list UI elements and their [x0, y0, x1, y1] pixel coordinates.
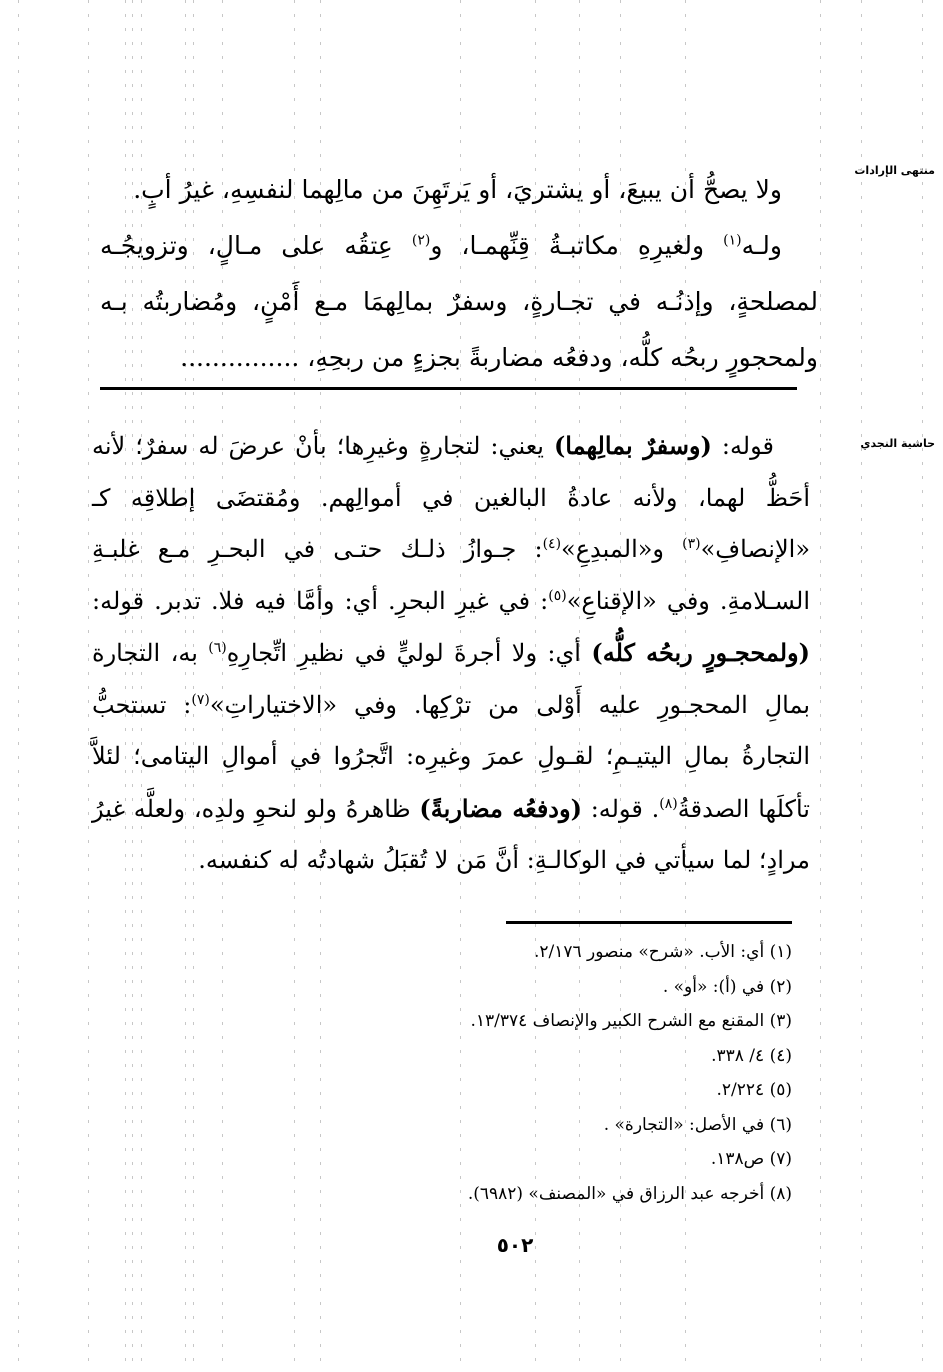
main-text-divider [100, 387, 797, 390]
footnote-6: (٦) في الأصل: «التجارة» . [300, 1108, 792, 1143]
quoted-lemma: (وسفرٌ بمالِهما) [554, 431, 712, 460]
footnote-ref-7[interactable]: (٧) [191, 692, 209, 708]
commentary-text: : في غيرِ البحرِ. أي: وأمَّا فيه فلا. تد… [92, 587, 548, 615]
main-text-paragraph-1: ولا يصحُّ أن يبيعَ، أو يشتريَ، أو يَرتَه… [100, 162, 818, 218]
main-text-segment: ولـه [742, 231, 782, 260]
footnote-8: (٨) أخرجه عبد الرزاق في «المصنف» (٦٩٨٢). [300, 1177, 792, 1212]
footnote-divider [506, 921, 792, 924]
footnote-7: (٧) ص١٣٨. [300, 1142, 792, 1177]
margin-label-matn-source: منتهى الإرادات [820, 164, 935, 177]
quoted-lemma: (ولمحجـورٍ ربحُه كلُّه) [591, 638, 810, 667]
footnote-5: (٥) ٢/٢٢٤. [300, 1073, 792, 1108]
footnotes-list: (١) أي: الأب. «شرح» منصور ٢/١٧٦. (٢) في … [300, 935, 792, 1211]
commentary-text: أي: ولا أجرةَ لوليٍّ في نظيرِ اتِّجارِهِ [227, 639, 592, 667]
main-text-block: ولا يصحُّ أن يبيعَ، أو يشتريَ، أو يَرتَه… [100, 162, 818, 386]
commentary-text: . قوله: [582, 795, 659, 823]
commentary-block: قوله: (وسفرٌ بمالِهما) يعني: لتجارةٍ وغي… [92, 420, 810, 887]
commentary-text: قوله: [712, 432, 774, 460]
footnote-1: (١) أي: الأب. «شرح» منصور ٢/١٧٦. [300, 935, 792, 970]
footnote-ref-2[interactable]: (٢) [412, 233, 430, 249]
main-text-paragraph-2: ولـه(١) ولغيرِهِ مكاتبـةُ قِنِّهمـا، و(٢… [100, 218, 818, 386]
margin-label-hashiya-source: حاشية النجدي [820, 437, 935, 450]
footnote-ref-8[interactable]: (٨) [659, 796, 677, 812]
commentary-paragraph: قوله: (وسفرٌ بمالِهما) يعني: لتجارةٍ وغي… [92, 420, 810, 887]
commentary-text: و«المبدِعِ» [561, 535, 682, 563]
footnote-4: (٤) ٤/ ٣٣٨. [300, 1039, 792, 1074]
footnote-3: (٣) المقنع مع الشرح الكبير والإنصاف ١٣/٣… [300, 1004, 792, 1039]
footnote-ref-5[interactable]: (٥) [548, 588, 566, 604]
footnote-ref-3[interactable]: (٣) [682, 536, 700, 552]
quoted-lemma: (ودفعُه مضاربةً) [419, 794, 582, 823]
footnote-2: (٢) في (أ): «أو» . [300, 970, 792, 1005]
main-text-segment: ولغيرِهِ مكاتبـةُ قِنِّهمـا، و [430, 231, 723, 260]
footnote-ref-6[interactable]: (٦) [208, 640, 226, 656]
footnote-ref-1[interactable]: (١) [723, 233, 741, 249]
footnote-ref-4[interactable]: (٤) [543, 536, 561, 552]
page-number: ٥٠٢ [480, 1233, 550, 1257]
